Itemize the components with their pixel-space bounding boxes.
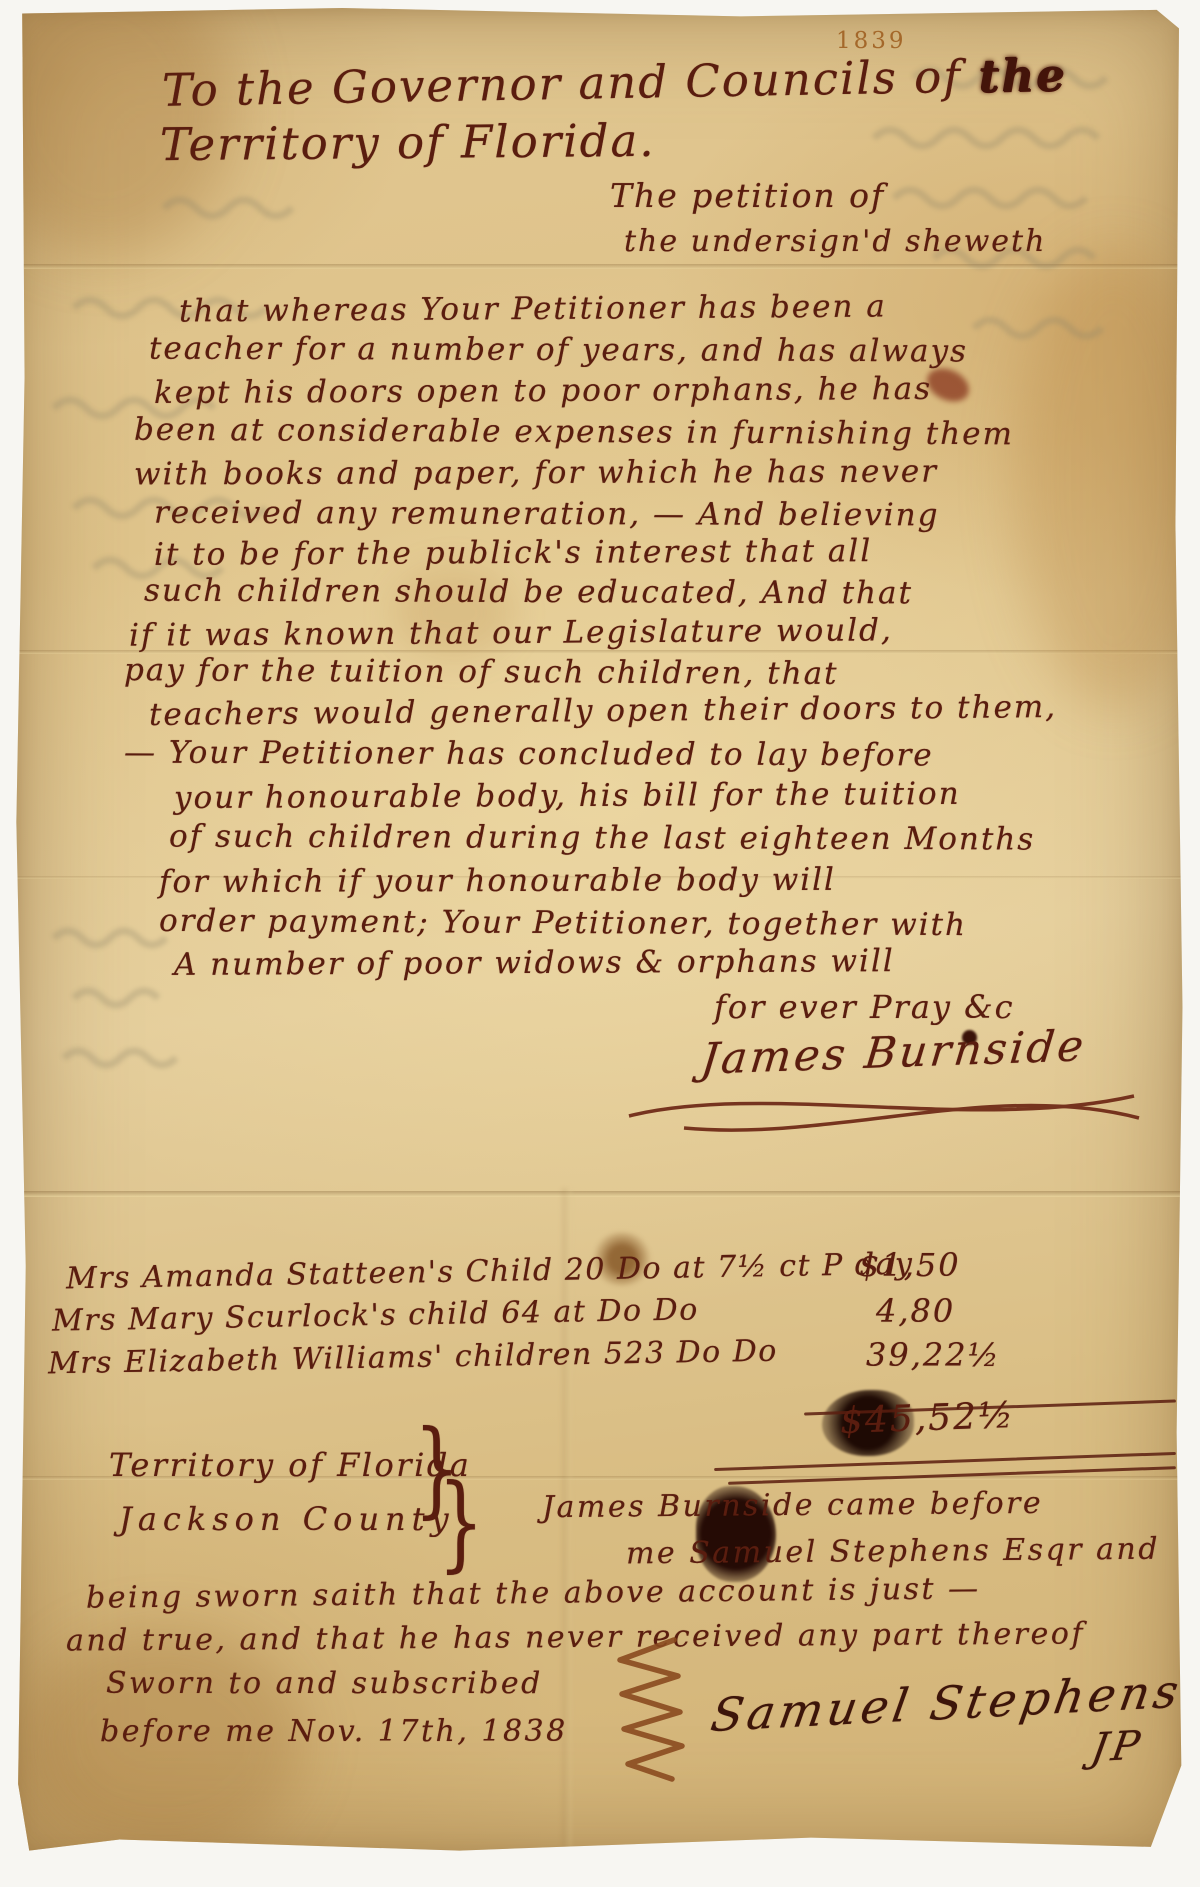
- account-row-amount: 39,22½: [866, 1336, 1001, 1374]
- account-row-amount: $1,50: [859, 1246, 961, 1284]
- body-line: if it was known that our Legislature wou…: [129, 612, 893, 653]
- venue-brace-2: }: [438, 1461, 484, 1583]
- body-line: for which if your honourable body will: [159, 862, 836, 900]
- heading-line-1-end: the: [978, 48, 1067, 103]
- fold-crease: [14, 264, 1186, 269]
- body-line: order payment; Your Petitioner, together…: [159, 903, 967, 943]
- jurat-statement-1: James Burnside came before: [542, 1486, 1043, 1525]
- body-line: of such children during the last eightee…: [169, 818, 1035, 857]
- officer-title: JP: [1088, 1723, 1147, 1772]
- jurat-statement-3: being sworn saith that the above account…: [86, 1571, 981, 1615]
- account-total: $45,52½: [839, 1395, 1015, 1442]
- body-line: teachers would generally open their door…: [149, 689, 1057, 733]
- heading-line-2: Territory of Florida.: [160, 114, 656, 171]
- account-row-description: Mrs Amanda Statteen's Child 20 Do at 7½ …: [66, 1247, 914, 1297]
- closing-prayer: for ever Pray &c: [714, 988, 1015, 1026]
- body-line: been at considerable expenses in furnish…: [134, 412, 1014, 453]
- body-line: with books and paper, for which he has n…: [134, 454, 938, 493]
- body-line: teacher for a number of years, and has a…: [149, 331, 968, 370]
- venue-county: Jackson County: [119, 1500, 455, 1538]
- body-line: such children should be educated, And th…: [144, 573, 913, 612]
- sworn-line-1: Sworn to and subscribed: [106, 1666, 543, 1701]
- body-line: pay for the tuition of such children, th…: [124, 652, 839, 692]
- body-line: it to be for the publick's interest that…: [154, 533, 872, 573]
- scan-background: 1839 To the Governor and Councils of the…: [0, 0, 1200, 1887]
- body-line: your honourable body, his bill for the t…: [174, 776, 961, 816]
- salutation-line-2: the undersign'd sheweth: [624, 224, 1046, 259]
- fold-crease: [14, 1191, 1186, 1197]
- account-row-description: Mrs Elizabeth Williams' children 523 Do …: [48, 1334, 778, 1382]
- jurat-statement-2: me Samuel Stephens Esqr and: [626, 1532, 1160, 1572]
- account-row-amount: 4,80: [876, 1292, 955, 1330]
- jurat-statement-4: and true, and that he has never received…: [66, 1616, 1085, 1658]
- heading-line-1: To the Governor and Councils of the: [162, 48, 1067, 117]
- notary-squiggle: [612, 1634, 702, 1794]
- account-row-description: Mrs Mary Scurlock's child 64 at Do Do: [52, 1292, 699, 1338]
- body-line: — Your Petitioner has concluded to lay b…: [124, 735, 934, 774]
- total-underline-2: [728, 1466, 1176, 1485]
- manuscript-page: 1839 To the Governor and Councils of the…: [14, 8, 1186, 1858]
- sworn-line-2: before me Nov. 17th, 1838: [100, 1714, 568, 1749]
- petitioner-signature: James Burnside: [699, 1021, 1089, 1084]
- heading-line-1-text: To the Governor and Councils of: [162, 50, 963, 117]
- body-line: received any remuneration, — And believi…: [154, 495, 940, 534]
- signature-flourish: [614, 1074, 1154, 1144]
- body-line: kept his doors open to poor orphans, he …: [154, 371, 932, 411]
- body-line: that whereas Your Petitioner has been a: [179, 289, 887, 330]
- body-line: A number of poor widows & orphans will: [174, 943, 895, 983]
- salutation-line-1: The petition of: [610, 176, 885, 215]
- paper-stain: [1014, 248, 1200, 708]
